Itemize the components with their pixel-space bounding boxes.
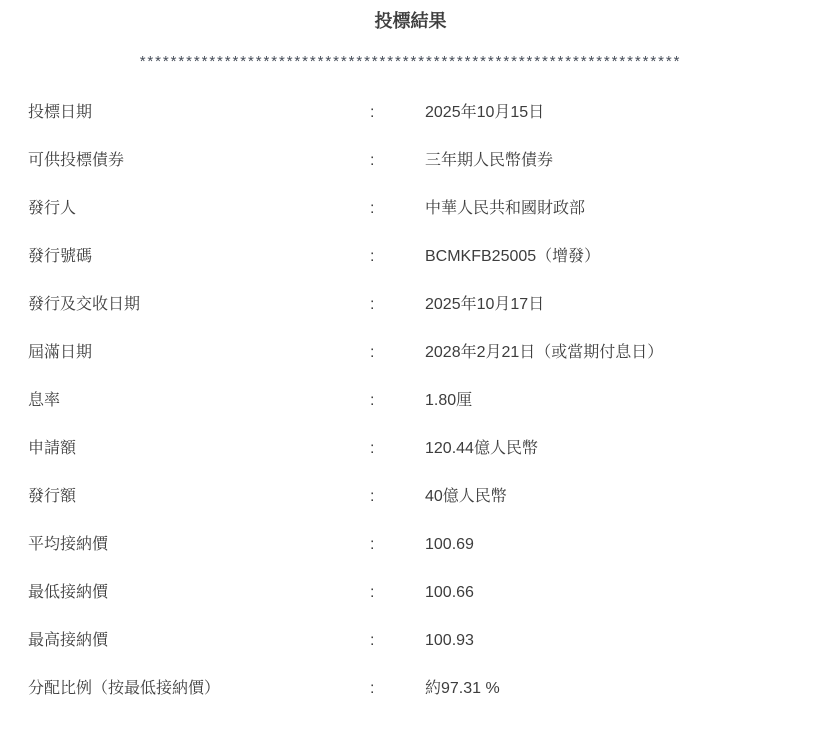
results-list: 投標日期 : 2025年10月15日 可供投標債券 : 三年期人民幣債券 發行人… xyxy=(0,88,821,712)
result-row: 分配比例（按最低接納價） : 約97.31 % xyxy=(0,664,821,712)
field-value: 1.80厘 xyxy=(425,391,821,410)
field-label: 分配比例（按最低接納價） xyxy=(28,679,370,698)
result-row: 發行號碼 : BCMKFB25005（增發） xyxy=(0,232,821,280)
field-label: 申請額 xyxy=(28,439,370,458)
colon-separator: : xyxy=(370,151,425,170)
result-row: 申請額 : 120.44億人民幣 xyxy=(0,424,821,472)
result-row: 息率 : 1.80厘 xyxy=(0,376,821,424)
field-value: 三年期人民幣債券 xyxy=(425,151,821,170)
field-label: 平均接納價 xyxy=(28,535,370,554)
field-value: 100.93 xyxy=(425,631,821,650)
result-row: 最低接納價 : 100.66 xyxy=(0,568,821,616)
field-value: BCMKFB25005（增發） xyxy=(425,247,821,266)
result-row: 投標日期 : 2025年10月15日 xyxy=(0,88,821,136)
field-label: 投標日期 xyxy=(28,103,370,122)
field-label: 息率 xyxy=(28,391,370,410)
field-label: 最高接納價 xyxy=(28,631,370,650)
colon-separator: : xyxy=(370,199,425,218)
field-value: 2028年2月21日（或當期付息日） xyxy=(425,343,821,362)
field-value: 100.69 xyxy=(425,535,821,554)
result-row: 可供投標債券 : 三年期人民幣債券 xyxy=(0,136,821,184)
colon-separator: : xyxy=(370,631,425,650)
colon-separator: : xyxy=(370,439,425,458)
page-title: 投標結果 xyxy=(0,0,821,33)
colon-separator: : xyxy=(370,679,425,698)
colon-separator: : xyxy=(370,343,425,362)
field-label: 發行及交收日期 xyxy=(28,295,370,314)
field-label: 發行號碼 xyxy=(28,247,370,266)
colon-separator: : xyxy=(370,247,425,266)
field-label: 屆滿日期 xyxy=(28,343,370,362)
colon-separator: : xyxy=(370,103,425,122)
result-row: 發行及交收日期 : 2025年10月17日 xyxy=(0,280,821,328)
colon-separator: : xyxy=(370,295,425,314)
field-value: 120.44億人民幣 xyxy=(425,439,821,458)
field-value: 約97.31 % xyxy=(425,679,821,698)
field-label: 發行人 xyxy=(28,199,370,218)
field-value: 2025年10月15日 xyxy=(425,103,821,122)
colon-separator: : xyxy=(370,583,425,602)
colon-separator: : xyxy=(370,535,425,554)
asterisk-separator-line: ****************************************… xyxy=(0,54,821,71)
colon-separator: : xyxy=(370,391,425,410)
field-value: 100.66 xyxy=(425,583,821,602)
field-label: 發行額 xyxy=(28,487,370,506)
field-value: 中華人民共和國財政部 xyxy=(425,199,821,218)
field-label: 最低接納價 xyxy=(28,583,370,602)
result-row: 屆滿日期 : 2028年2月21日（或當期付息日） xyxy=(0,328,821,376)
result-row: 發行人 : 中華人民共和國財政部 xyxy=(0,184,821,232)
result-row: 平均接納價 : 100.69 xyxy=(0,520,821,568)
result-row: 發行額 : 40億人民幣 xyxy=(0,472,821,520)
field-value: 2025年10月17日 xyxy=(425,295,821,314)
field-value: 40億人民幣 xyxy=(425,487,821,506)
field-label: 可供投標債券 xyxy=(28,151,370,170)
colon-separator: : xyxy=(370,487,425,506)
result-row: 最高接納價 : 100.93 xyxy=(0,616,821,664)
